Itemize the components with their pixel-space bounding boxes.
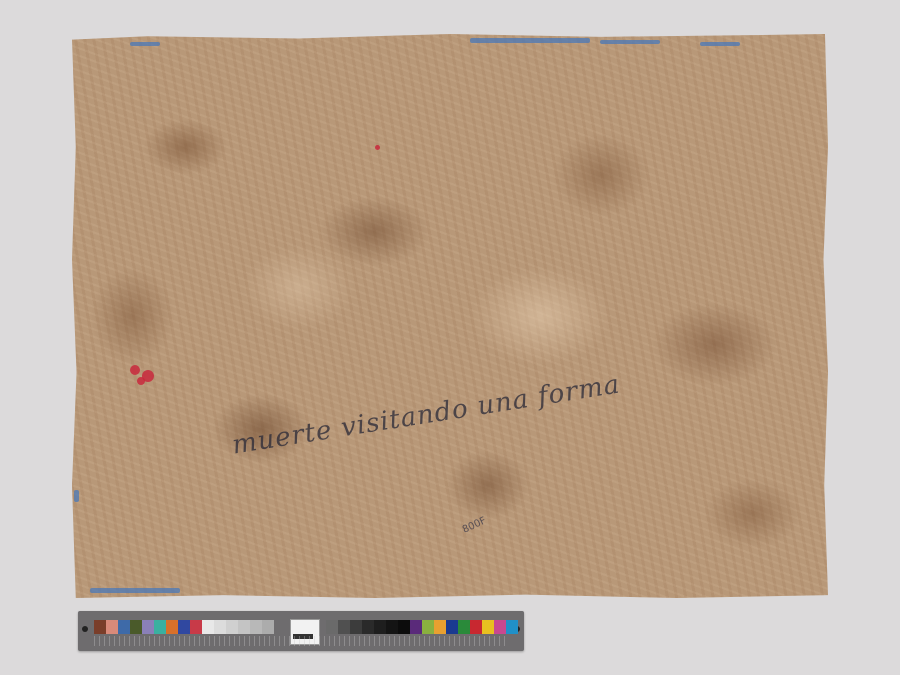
color-swatch — [350, 620, 362, 634]
color-swatch — [446, 620, 458, 634]
color-swatch — [326, 620, 338, 634]
color-swatch — [202, 620, 214, 634]
color-swatch — [494, 620, 506, 634]
color-swatch — [106, 620, 118, 634]
color-swatch — [458, 620, 470, 634]
blue-pigment-top-left — [130, 42, 160, 46]
swatch-row-right — [326, 620, 518, 634]
color-swatch — [190, 620, 202, 634]
color-swatch — [226, 620, 238, 634]
color-swatch — [142, 620, 154, 634]
color-swatch — [338, 620, 350, 634]
color-swatch — [214, 620, 226, 634]
color-swatch — [178, 620, 190, 634]
blue-pigment-top-3 — [700, 42, 740, 46]
color-swatch — [482, 620, 494, 634]
red-mark-cluster-3 — [137, 377, 145, 385]
color-swatch — [386, 620, 398, 634]
color-calibration-target — [78, 611, 524, 651]
blue-pigment-top-1 — [470, 38, 590, 43]
swatch-row-left — [94, 620, 274, 634]
red-dot-top — [375, 145, 380, 150]
color-swatch — [422, 620, 434, 634]
target-hole-left — [82, 626, 88, 632]
color-swatch — [238, 620, 250, 634]
color-swatch — [362, 620, 374, 634]
color-swatch — [434, 620, 446, 634]
color-swatch — [506, 620, 518, 634]
color-swatch — [166, 620, 178, 634]
color-swatch — [250, 620, 262, 634]
color-swatch — [130, 620, 142, 634]
color-swatch — [374, 620, 386, 634]
color-swatch — [470, 620, 482, 634]
blue-pigment-left — [74, 490, 79, 502]
color-swatch — [154, 620, 166, 634]
color-swatch — [398, 620, 410, 634]
color-swatch — [94, 620, 106, 634]
color-swatch — [262, 620, 274, 634]
blue-pigment-bottom — [90, 588, 180, 593]
target-ruler-ticks — [94, 636, 508, 646]
red-mark-cluster — [130, 365, 140, 375]
color-swatch — [410, 620, 422, 634]
handmade-paper-artwork — [72, 34, 828, 598]
blue-pigment-top-2 — [600, 40, 660, 44]
color-swatch — [118, 620, 130, 634]
